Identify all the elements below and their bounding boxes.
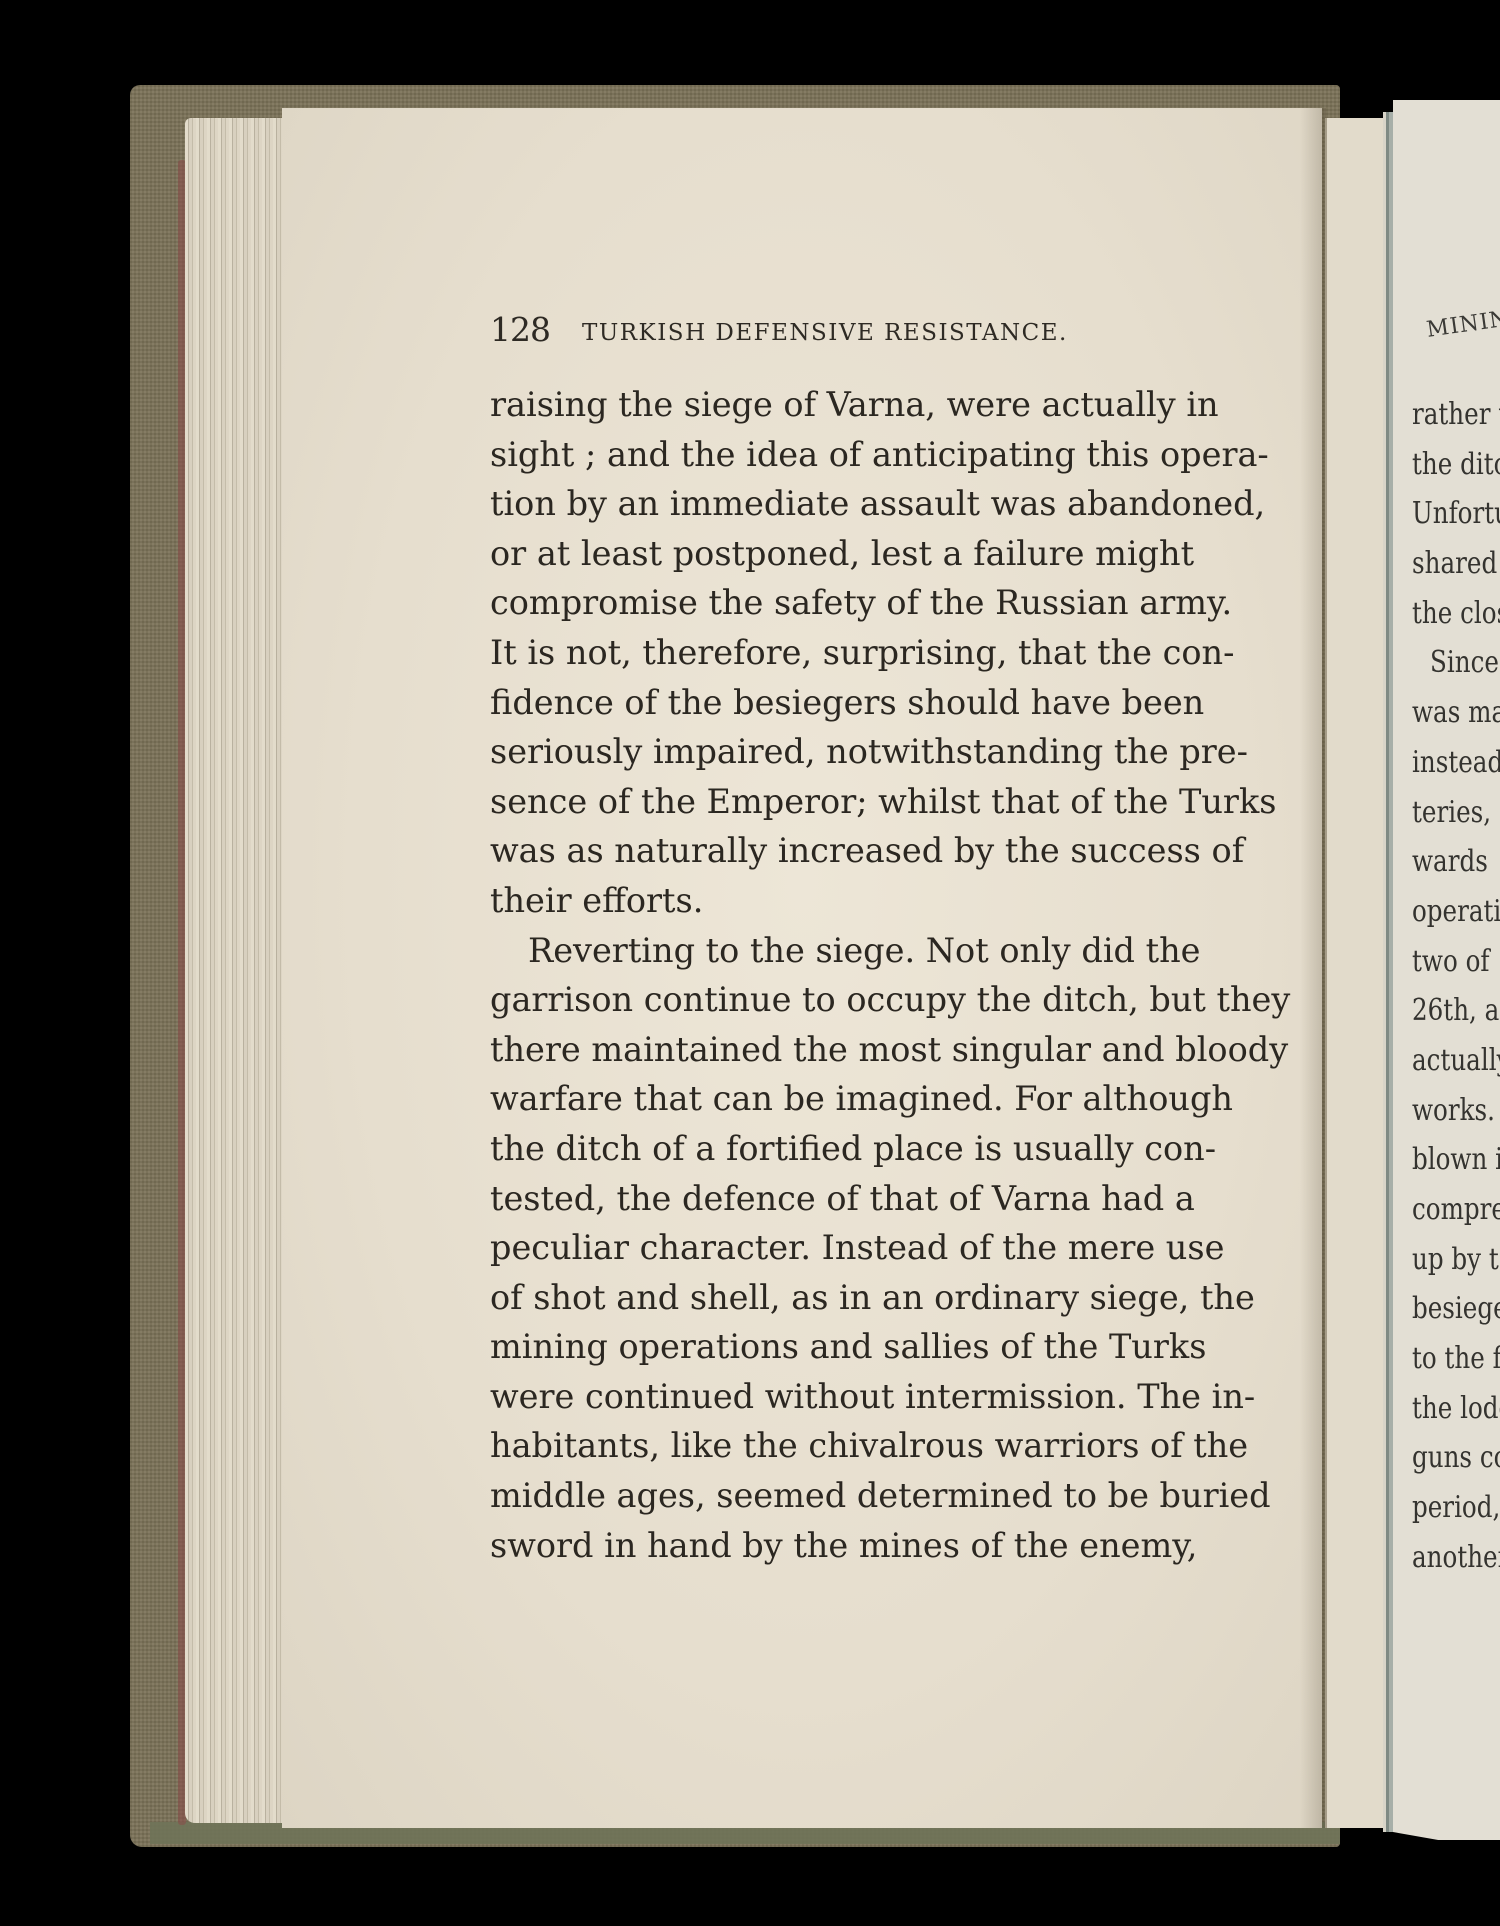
text-line: was as naturally increased by the succes… [490,826,1192,876]
text-line: teries, [1412,788,1500,838]
right-page-bottom-shadow [1393,1832,1500,1893]
text-line: to the fi [1412,1334,1500,1384]
text-line: there maintained the most singular and b… [490,1025,1192,1075]
page-header: 128 TURKISH DEFENSIVE RESISTANCE. [490,310,1190,354]
text-line: warfare that can be imagined. For althou… [490,1074,1192,1124]
text-line: works. [1412,1086,1500,1136]
text-line: operatio [1412,887,1500,937]
text-line: the ditch of a fortified place is usuall… [490,1124,1192,1174]
right-page-text: rather th the ditch Unfortu shared b the… [1412,390,1500,1583]
text-line: blown i [1412,1135,1500,1185]
text-line: or at least postponed, lest a failure mi… [490,529,1192,579]
running-head: TURKISH DEFENSIVE RESISTANCE. [582,320,1068,346]
text-line: up by t [1412,1235,1500,1285]
text-line: 26th, a [1412,986,1500,1036]
text-line: mining operations and sallies of the Tur… [490,1322,1192,1372]
binding-tissue-line [1383,112,1393,1832]
body-text: raising the siege of Varna, were actuall… [490,380,1192,1570]
text-line: sword in hand by the mines of the enemy, [490,1521,1192,1571]
text-line-paragraph-start: Reverting to the siege. Not only did the [490,926,1192,976]
text-line: was ma [1412,688,1500,738]
text-line: of shot and shell, as in an ordinary sie… [490,1273,1192,1323]
text-line: the lodg [1412,1384,1500,1434]
gutter-fold [1325,118,1387,1828]
text-line: the close [1412,589,1500,639]
text-line: habitants, like the chivalrous warriors … [490,1421,1192,1471]
text-line: middle ages, seemed determined to be bur… [490,1471,1192,1521]
text-line: instead [1412,738,1500,788]
text-line: fidence of the besiegers should have bee… [490,678,1192,728]
text-line: actually [1412,1036,1500,1086]
text-line: seriously impaired, notwithstanding the … [490,727,1192,777]
text-line: their efforts. [490,876,1192,926]
text-line: were continued without intermission. The… [490,1372,1192,1422]
text-line: besiegei [1412,1284,1500,1334]
text-line: Since [1412,638,1500,688]
text-line: garrison continue to occupy the ditch, b… [490,975,1192,1025]
text-line: another [1412,1533,1500,1583]
gutter-shadow [1300,108,1326,1828]
text-line: compres [1412,1185,1500,1235]
text-line: compromise the safety of the Russian arm… [490,578,1192,628]
page-number: 128 [490,310,550,349]
text-line: It is not, therefore, surprising, that t… [490,628,1192,678]
text-line: shared b [1412,539,1500,589]
text-line: sight ; and the idea of anticipating thi… [490,430,1192,480]
text-line: peculiar character. Instead of the mere … [490,1223,1192,1273]
text-line: wards [1412,837,1500,887]
text-line: raising the siege of Varna, were actuall… [490,380,1192,430]
text-line: rather th [1412,390,1500,440]
text-line: period, i [1412,1483,1500,1533]
text-line: tested, the defence of that of Varna had… [490,1174,1192,1224]
page-edges-stack [185,118,285,1823]
text-line: Unfortu [1412,489,1500,539]
text-line: guns cou [1412,1433,1500,1483]
text-line: sence of the Emperor; whilst that of the… [490,777,1192,827]
text-line: tion by an immediate assault was abandon… [490,479,1192,529]
text-line: two of [1412,937,1500,987]
text-line: the ditch [1412,440,1500,490]
